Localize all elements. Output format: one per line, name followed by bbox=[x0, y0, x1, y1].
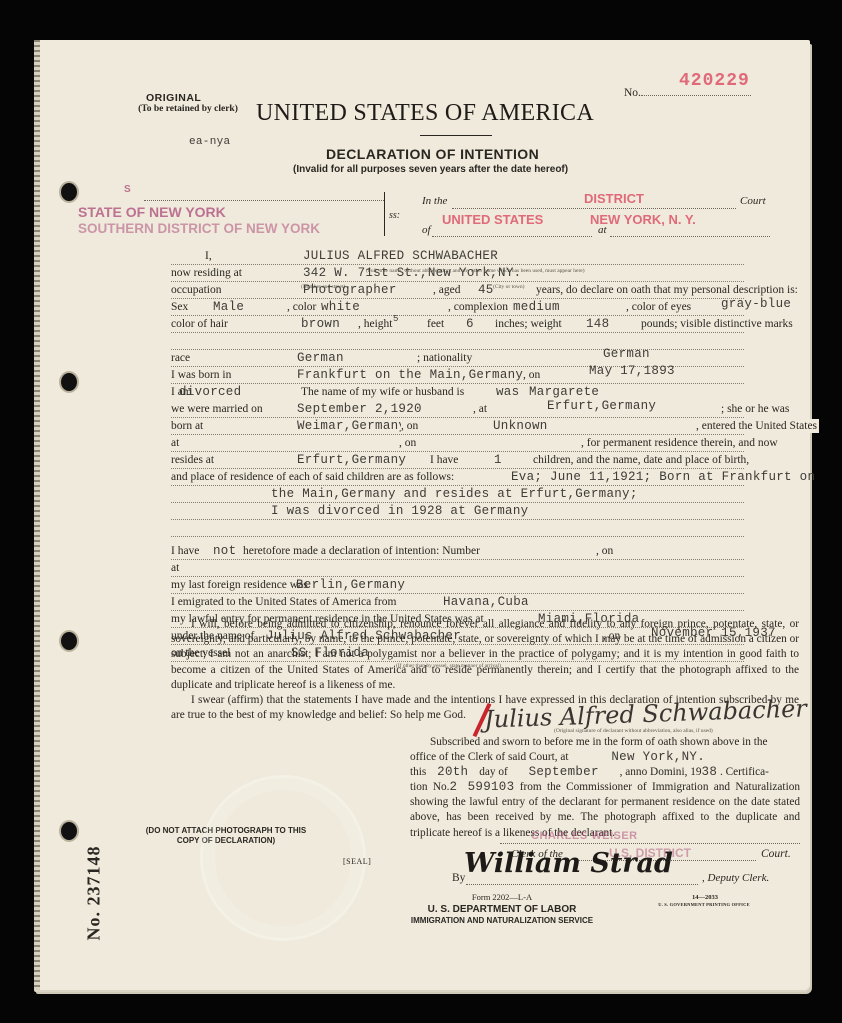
emigrated-row: I emigrated to the United States of Amer… bbox=[171, 594, 744, 611]
court-label: Court bbox=[740, 195, 766, 207]
prior-at-row: at bbox=[171, 560, 744, 577]
s-mark: S bbox=[124, 184, 131, 195]
prior-declaration-row: I have not heretofore made a declaration… bbox=[171, 543, 744, 560]
court-stamp: DISTRICT bbox=[584, 191, 644, 206]
of-line bbox=[432, 236, 592, 237]
renunciation-paragraph: I will, before being admitted to citizen… bbox=[171, 617, 799, 693]
printing-office: U. S. GOVERNMENT PRINTING OFFICE bbox=[634, 902, 774, 907]
height-feet: 5 bbox=[393, 312, 399, 326]
children-intro-row: and place of residence of each of said c… bbox=[171, 469, 744, 486]
prior-declaration: not bbox=[213, 544, 236, 558]
birth-row: I was born in Frankfurt on the Main,Germ… bbox=[171, 367, 744, 384]
hair-color: brown bbox=[301, 317, 340, 331]
binder-hole bbox=[61, 183, 77, 201]
sex: Male bbox=[213, 300, 244, 314]
deputy-line bbox=[466, 884, 698, 885]
of-stamp: UNITED STATES bbox=[442, 212, 543, 227]
marital-row: I am divorced The name of my wife or hus… bbox=[171, 384, 744, 400]
spouse-birthplace: Weimar,Germany bbox=[297, 419, 406, 433]
sex-row: Sex Male , color white , complexion medi… bbox=[171, 299, 744, 316]
age: 45 bbox=[478, 283, 494, 297]
spouse-residence-row: resides at Erfurt,Germany I have 1 child… bbox=[171, 452, 744, 469]
spouse-birth-date: Unknown bbox=[493, 419, 548, 433]
deputy-label: , Deputy Clerk. bbox=[702, 872, 769, 884]
race: German bbox=[297, 351, 344, 365]
spouse-residence: Erfurt,Germany bbox=[297, 453, 406, 467]
print-code: 14—2033 bbox=[680, 894, 730, 901]
residence-row: now residing at 342 W. 71st St.,New York… bbox=[171, 265, 744, 282]
hair-row: color of hair brown , height 5 feet 6 in… bbox=[171, 316, 744, 333]
spouse-name: Margarete bbox=[529, 385, 599, 399]
copy-label: ORIGINAL bbox=[146, 92, 201, 104]
birth-date: May 17,1893 bbox=[589, 364, 675, 378]
marriage-place: Erfurt,Germany bbox=[547, 399, 656, 413]
office-line: office of the Clerk of said Court, at Ne… bbox=[410, 750, 800, 765]
complexion: medium bbox=[513, 300, 560, 314]
sworn-line: Subscribed and sworn to before me in the… bbox=[410, 735, 800, 750]
children-count: 1 bbox=[494, 453, 502, 467]
marriage-row: we were married on September 2,1920 , at… bbox=[171, 401, 744, 418]
weight: 148 bbox=[586, 317, 609, 331]
declarant-name: JULIUS ALFRED SCHWABACHER bbox=[303, 249, 498, 263]
office-code: ea-nya bbox=[189, 136, 230, 148]
venue-line bbox=[144, 200, 384, 201]
binder-hole bbox=[61, 822, 77, 840]
copy-note: (To be retained by clerk) bbox=[138, 104, 238, 115]
height-inches: 6 bbox=[466, 317, 474, 331]
in-the-label: In the bbox=[422, 195, 447, 207]
day: 20th bbox=[437, 765, 468, 779]
marital-status: divorced bbox=[179, 385, 241, 399]
clerk-line bbox=[500, 843, 800, 844]
state-stamp: STATE OF NEW YORK bbox=[78, 204, 226, 220]
serial-number: No. 237148 bbox=[84, 781, 105, 941]
form-number: Form 2202—L-A bbox=[452, 892, 552, 902]
spouse-birth-row: born at Weimar,Germany , on Unknown , en… bbox=[171, 418, 744, 435]
last-residence-row: my last foreign residence was Berlin,Ger… bbox=[171, 577, 744, 594]
last-residence: Berlin,Germany bbox=[296, 578, 405, 592]
embossed-seal bbox=[200, 775, 366, 941]
nationality: German bbox=[603, 347, 650, 361]
color: white bbox=[321, 300, 360, 314]
children-row: the Main,Germany and resides at Erfurt,G… bbox=[171, 486, 744, 503]
child-line-3: I was divorced in 1928 at Germany bbox=[271, 504, 528, 518]
child-line-2: the Main,Germany and resides at Erfurt,G… bbox=[271, 487, 638, 501]
name-row: I, JULIUS ALFRED SCHWABACHER bbox=[171, 248, 744, 265]
occupation: Photographer bbox=[303, 283, 397, 297]
month: September bbox=[529, 765, 599, 779]
binder-hole bbox=[61, 373, 77, 391]
binder-hole bbox=[61, 632, 77, 650]
district-stamp: SOUTHERN DISTRICT OF NEW YORK bbox=[78, 221, 320, 236]
date-line: this 20th day of September , anno Domini… bbox=[410, 765, 800, 780]
marks-row bbox=[171, 333, 744, 350]
birthplace: Frankfurt on the Main,Germany bbox=[297, 368, 523, 382]
venue-brace bbox=[384, 192, 385, 236]
at-line bbox=[610, 236, 770, 237]
document-subtitle: DECLARATION OF INTENTION bbox=[326, 146, 539, 162]
entry-row: at , on , for permanent residence therei… bbox=[171, 435, 744, 452]
court-line bbox=[452, 208, 736, 209]
title-rule bbox=[420, 135, 492, 136]
emigrated-from: Havana,Cuba bbox=[443, 595, 529, 609]
declaration-document: ORIGINAL (To be retained by clerk) ea-ny… bbox=[34, 40, 810, 990]
eye-color: gray-blue bbox=[721, 297, 791, 311]
children-row bbox=[171, 520, 744, 537]
child-line-1: Eva; June 11,1921; Born at Frankfurt on bbox=[511, 470, 815, 484]
deputy-signature: William Strad bbox=[464, 848, 673, 879]
seal-label: [SEAL] bbox=[343, 857, 371, 866]
validity-note: (Invalid for all purposes seven years af… bbox=[293, 164, 568, 175]
certificate-number: 2 599103 bbox=[450, 780, 515, 794]
court-label-2: Court. bbox=[761, 848, 791, 860]
marriage-date: September 2,1920 bbox=[297, 402, 422, 416]
number-stamp: 420229 bbox=[679, 71, 750, 91]
year-suffix: 38 bbox=[702, 765, 718, 779]
of-label: of bbox=[422, 224, 431, 236]
clerk-name-stamp: CHARLES WEISER bbox=[531, 830, 638, 842]
at-label: at bbox=[598, 224, 607, 236]
children-row: I was divorced in 1928 at Germany bbox=[171, 503, 744, 520]
department-label: U. S. DEPARTMENT OF LABOR bbox=[382, 904, 622, 915]
service-label: IMMIGRATION AND NATURALIZATION SERVICE bbox=[374, 916, 630, 925]
ss-label: ss: bbox=[389, 210, 400, 221]
occupation-row: (Number and street) (City or town) (Coun… bbox=[171, 282, 744, 299]
document-title: UNITED STATES OF AMERICA bbox=[256, 100, 594, 127]
office-place: New York,NY. bbox=[611, 750, 705, 764]
